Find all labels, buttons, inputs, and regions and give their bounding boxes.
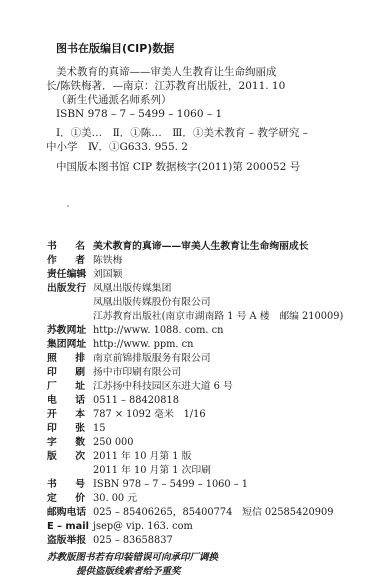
detail-label: 照排 [47,352,85,366]
detail-value: 凤凰出版传媒集团 [93,282,171,296]
detail-label-part: 照 [47,352,57,366]
detail-label-part: 价 [75,492,85,506]
detail-label-part: 者 [75,254,85,268]
detail-value: 扬中市印刷有限公司 [93,366,181,380]
detail-value: 凤凰出版传媒股份有限公司 [93,296,211,310]
detail-value: 0511 – 88420818 [93,394,179,408]
detail-label: 开本 [47,408,85,422]
detail-label: 版次 [47,450,85,464]
cip-line-series: （新生代通派名师系列） [56,93,172,107]
detail-label-part: 书 [47,478,57,492]
detail-value: 2011 年 10 月第 1 版 [93,450,191,464]
detail-label-part: 邮购电话 [47,506,86,520]
detail-label-part: 张 [75,422,85,436]
detail-label: 字数 [47,436,85,450]
detail-value: 025 – 83658837 [93,534,173,548]
cip-line-approval-number: 中国版本图书馆 CIP 数据核字(2011)第 200052 号 [56,160,300,174]
detail-label-part: 苏教网址 [47,324,86,338]
cip-line-classification: Ⅰ．①美… Ⅱ．①陈… Ⅲ．①美术教育 – 教学研究 – [56,126,308,140]
detail-label-part: 次 [75,450,85,464]
detail-label-part: 号 [75,478,85,492]
detail-value: 江苏教育出版社(南京市湖南路 1 号 A 楼 邮编 210009) [93,310,343,324]
detail-label-part: 话 [75,394,85,408]
detail-value: 787 × 1092 毫米 1/16 [93,408,206,422]
detail-value: http://www. 1088. com. cn [93,324,223,338]
detail-label: 出版发行 [47,282,85,296]
detail-value: 250 000 [93,436,134,450]
detail-label: 书名 [47,240,85,254]
detail-label: 电话 [47,394,85,408]
detail-label: 责任编辑 [47,268,85,282]
detail-label-part: 排 [75,352,85,366]
detail-label-part: 书 [47,240,57,254]
detail-label-part: 本 [75,408,85,422]
footer-replacement-note: 苏教版图书若有印装错误可向承印厂调换 [47,549,218,563]
detail-value: 南京前锦排版服务有限公司 [93,352,211,366]
detail-value: 2011 年 10 月第 1 次印刷 [93,464,211,478]
detail-label: 书号 [47,478,85,492]
detail-label: 作者 [47,254,85,268]
detail-value: 刘国颖 [93,268,122,282]
detail-label-part: 名 [75,240,85,254]
scan-speck [67,205,69,207]
detail-label-part: 址 [75,380,85,394]
detail-label-part: 电 [47,394,57,408]
detail-label-part: 厂 [47,380,57,394]
detail-label-part: 字 [47,436,57,450]
detail-label-part: 出版发行 [47,282,86,296]
cip-line-classification-cont: 中小学 Ⅳ．①G633. 955. 2 [46,140,188,154]
detail-label: 印刷 [47,366,85,380]
detail-value: 30. 00 元 [93,492,137,506]
detail-label-part: 版 [47,450,57,464]
detail-label-part: 印 [47,422,57,436]
detail-value: 025 – 85406265，85400774 短信 02585420909 [93,506,333,520]
detail-label-part: 刷 [75,366,85,380]
detail-label: 苏教网址 [47,324,85,338]
detail-value: http://www. ppm. cn [93,338,193,352]
cip-line-isbn: ISBN 978 – 7 – 5499 – 1060 – 1 [56,107,222,121]
detail-value: 15 [93,422,105,436]
detail-label: 定价 [47,492,85,506]
detail-value: 江苏扬中科技园区东进大道 6 号 [93,380,233,394]
detail-label: 集团网址 [47,338,85,352]
detail-value: 陈铁梅 [93,254,122,268]
detail-label-part: 集团网址 [47,338,86,352]
cip-line-title: 美术教育的真谛——审美人生教育让生命绚丽成 [56,65,277,79]
detail-label: 厂址 [47,380,85,394]
detail-value: 美术教育的真谛——审美人生教育让生命绚丽成长 [93,240,309,254]
detail-label: 盗版举报 [47,534,85,548]
detail-label-part: E – mail [47,520,89,534]
detail-label: 印张 [47,422,85,436]
detail-label-part: 盗版举报 [47,534,86,548]
detail-label: E – mail [47,520,85,534]
detail-label-part: 数 [75,436,85,450]
detail-label-part: 作 [47,254,57,268]
footer-piracy-reward-note: 提供盗版线索者给予重奖 [76,563,181,577]
cip-title: 图书在版编目(CIP)数据 [56,40,174,56]
detail-label-part: 开 [47,408,57,422]
detail-value: jsep@ vip. 163. com [93,520,193,534]
detail-value: ISBN 978 – 7 – 5499 – 1060 – 1 [93,478,248,492]
detail-label: 邮购电话 [47,506,85,520]
detail-label-part: 印 [47,366,57,380]
cip-line-author: 长/陈铁梅著．—南京：江苏教育出版社，2011. 10 [46,79,285,93]
detail-label-part: 责任编辑 [47,268,86,282]
detail-label-part: 定 [47,492,57,506]
